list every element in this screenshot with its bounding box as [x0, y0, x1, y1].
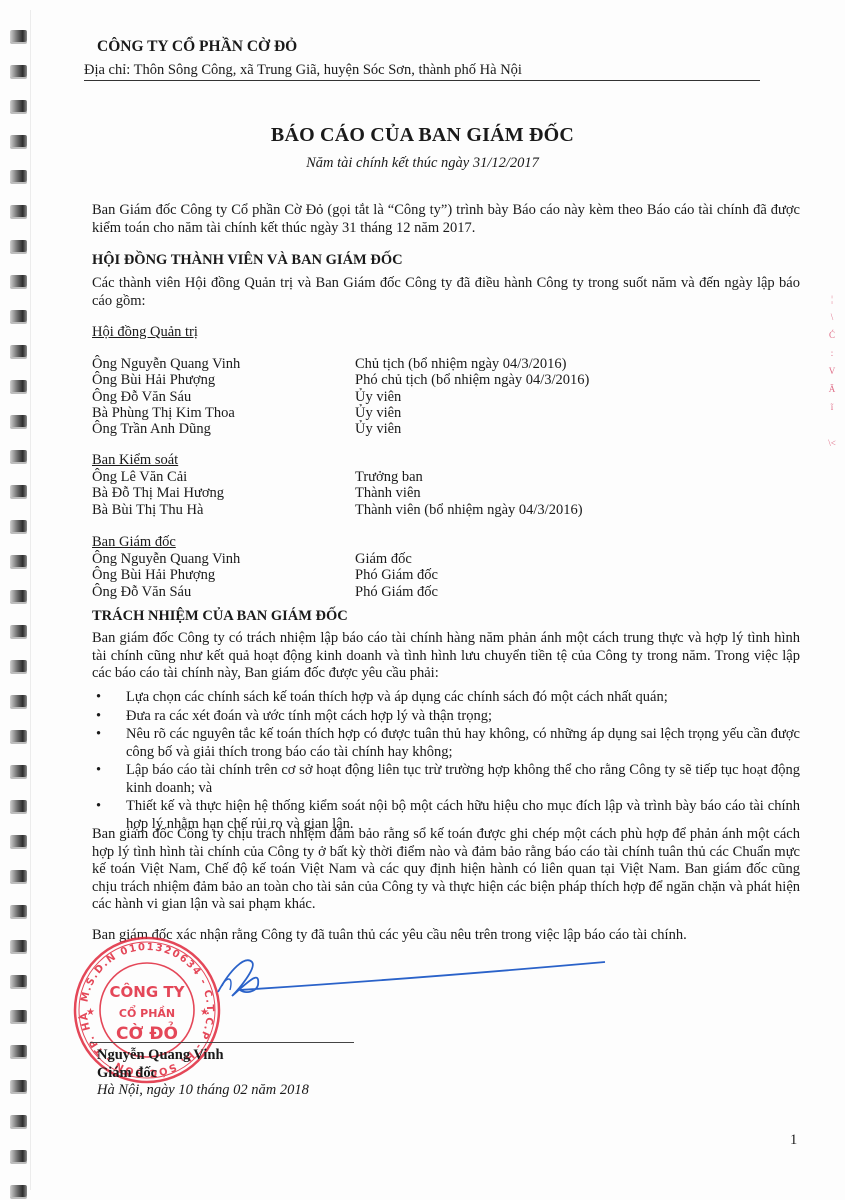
binding-ring [10, 625, 27, 637]
binding-ring [10, 835, 27, 847]
group-title-directors: Ban Giám đốc [92, 534, 176, 551]
header-divider [84, 80, 760, 81]
member-name: Ông Đỗ Văn Sáu [92, 389, 355, 405]
bullet-icon: • [92, 726, 126, 761]
group-title-supervisory: Ban Kiểm soát [92, 452, 178, 469]
group-title-board: Hội đồng Quản trị [92, 324, 198, 341]
requirement-item: •Lựa chọn các chính sách kế toán thích h… [92, 689, 800, 707]
report-title: BÁO CÁO CỦA BAN GIÁM ĐỐC [0, 124, 845, 147]
member-row: Ông Lê Văn CảiTrưởng ban [92, 469, 652, 485]
signer-name: Nguyễn Quang Vinh [97, 1047, 224, 1064]
member-role: Giám đốc [355, 551, 412, 567]
sign-place-date: Hà Nội, ngày 10 tháng 02 năm 2018 [97, 1082, 309, 1099]
binding-ring [10, 520, 27, 532]
binding-ring [10, 975, 27, 987]
requirement-item: •Đưa ra các xét đoán và ước tính một các… [92, 708, 800, 726]
requirement-item: •Nêu rõ các nguyên tắc kế toán thích hợp… [92, 726, 800, 761]
binding-ring [10, 345, 27, 357]
company-address: Địa chỉ: Thôn Sông Công, xã Trung Giã, h… [84, 62, 522, 79]
company-name: CÔNG TY CỔ PHẦN CỜ ĐỎ [97, 38, 297, 56]
responsibility-paragraph: Ban giám đốc Công ty có trách nhiệm lập … [92, 630, 800, 683]
signer-role: Giám đốc [97, 1065, 157, 1082]
binding-ring [10, 905, 27, 917]
requirement-item: •Lập báo cáo tài chính trên cơ sở hoạt đ… [92, 762, 800, 797]
member-name: Bà Đỗ Thị Mai Hương [92, 485, 355, 501]
binding-ring [10, 310, 27, 322]
member-role: Thành viên [355, 485, 421, 501]
binding-ring [10, 765, 27, 777]
requirement-text: Đưa ra các xét đoán và ước tính một cách… [126, 708, 800, 726]
member-row: Ông Nguyễn Quang VinhChủ tịch (bổ nhiệm … [92, 356, 652, 372]
member-list-directors: Ông Nguyễn Quang VinhGiám đốcÔng Bùi Hải… [92, 551, 652, 600]
member-role: Ủy viên [355, 421, 401, 437]
binding-ring [10, 555, 27, 567]
responsibility-paragraph-2: Ban giám đốc Công ty chịu trách nhiệm đả… [92, 826, 800, 914]
page-edge [30, 10, 31, 1190]
binding-ring [10, 660, 27, 672]
binding-ring [10, 485, 27, 497]
member-role: Chủ tịch (bổ nhiệm ngày 04/3/2016) [355, 356, 566, 372]
requirement-text: Lựa chọn các chính sách kế toán thích hợ… [126, 689, 800, 707]
report-subtitle: Năm tài chính kết thúc ngày 31/12/2017 [0, 155, 845, 172]
signature-line [90, 1042, 354, 1043]
intro-paragraph: Ban Giám đốc Công ty Cổ phần Cờ Đỏ (gọi … [92, 202, 800, 237]
member-row: Bà Phùng Thị Kim ThoaỦy viên [92, 405, 652, 421]
svg-text:CỜ ĐỎ: CỜ ĐỎ [116, 1020, 178, 1044]
binding-ring [10, 940, 27, 952]
binding-ring [10, 65, 27, 77]
binding-ring [10, 450, 27, 462]
member-name: Ông Nguyễn Quang Vinh [92, 356, 355, 372]
binding-ring [10, 240, 27, 252]
member-role: Phó Giám đốc [355, 584, 438, 600]
binding-ring [10, 30, 27, 42]
svg-text:★: ★ [86, 1007, 95, 1018]
margin-stamp-marks: ¦\Ć:VÃĩ\< [826, 290, 838, 452]
binding-ring [10, 1185, 27, 1197]
binding-ring [10, 380, 27, 392]
director-signature [160, 950, 620, 1010]
page-number: 1 [790, 1132, 797, 1149]
binding-ring [10, 275, 27, 287]
member-name: Ông Bùi Hải Phượng [92, 567, 355, 583]
binding-ring [10, 100, 27, 112]
binding-ring [10, 205, 27, 217]
member-name: Bà Phùng Thị Kim Thoa [92, 405, 355, 421]
member-list-board: Ông Nguyễn Quang VinhChủ tịch (bổ nhiệm … [92, 356, 652, 437]
binding-ring [10, 870, 27, 882]
member-row: Bà Bùi Thị Thu HàThành viên (bổ nhiệm ng… [92, 502, 652, 518]
member-row: Ông Bùi Hải PhượngPhó Giám đốc [92, 567, 652, 583]
requirement-text: Nêu rõ các nguyên tắc kế toán thích hợp … [126, 726, 800, 761]
binding-ring [10, 695, 27, 707]
member-role: Phó Giám đốc [355, 567, 438, 583]
member-name: Ông Nguyễn Quang Vinh [92, 551, 355, 567]
member-name: Bà Bùi Thị Thu Hà [92, 502, 355, 518]
member-row: Ông Đỗ Văn SáuPhó Giám đốc [92, 584, 652, 600]
binding-ring [10, 800, 27, 812]
member-row: Ông Bùi Hải PhượngPhó chủ tịch (bổ nhiệm… [92, 372, 652, 388]
member-list-supervisory: Ông Lê Văn CảiTrưởng banBà Đỗ Thị Mai Hư… [92, 469, 652, 518]
requirements-list: •Lựa chọn các chính sách kế toán thích h… [92, 689, 800, 834]
binding-ring [10, 1080, 27, 1092]
section-heading-responsibility: TRÁCH NHIỆM CỦA BAN GIÁM ĐỐC [92, 608, 348, 625]
bullet-icon: • [92, 708, 126, 726]
requirement-text: Lập báo cáo tài chính trên cơ sở hoạt độ… [126, 762, 800, 797]
binding-ring [10, 1115, 27, 1127]
member-role: Trưởng ban [355, 469, 423, 485]
spiral-binding [0, 0, 32, 1200]
bullet-icon: • [92, 689, 126, 707]
member-role: Phó chủ tịch (bổ nhiệm ngày 04/3/2016) [355, 372, 589, 388]
member-row: Ông Nguyễn Quang VinhGiám đốc [92, 551, 652, 567]
bullet-icon: • [92, 762, 126, 797]
section-heading-board: HỘI ĐỒNG THÀNH VIÊN VÀ BAN GIÁM ĐỐC [92, 252, 403, 269]
member-role: Ủy viên [355, 405, 401, 421]
member-row: Bà Đỗ Thị Mai HươngThành viên [92, 485, 652, 501]
member-row: Ông Trần Anh DũngỦy viên [92, 421, 652, 437]
binding-ring [10, 590, 27, 602]
binding-ring [10, 1045, 27, 1057]
binding-ring [10, 1150, 27, 1162]
member-role: Ủy viên [355, 389, 401, 405]
member-name: Ông Lê Văn Cải [92, 469, 355, 485]
member-role: Thành viên (bổ nhiệm ngày 04/3/2016) [355, 502, 583, 518]
board-intro-paragraph: Các thành viên Hội đồng Quản trị và Ban … [92, 275, 800, 310]
binding-ring [10, 730, 27, 742]
member-name: Ông Đỗ Văn Sáu [92, 584, 355, 600]
member-name: Ông Trần Anh Dũng [92, 421, 355, 437]
member-name: Ông Bùi Hải Phượng [92, 372, 355, 388]
binding-ring [10, 415, 27, 427]
member-row: Ông Đỗ Văn SáuỦy viên [92, 389, 652, 405]
binding-ring [10, 1010, 27, 1022]
